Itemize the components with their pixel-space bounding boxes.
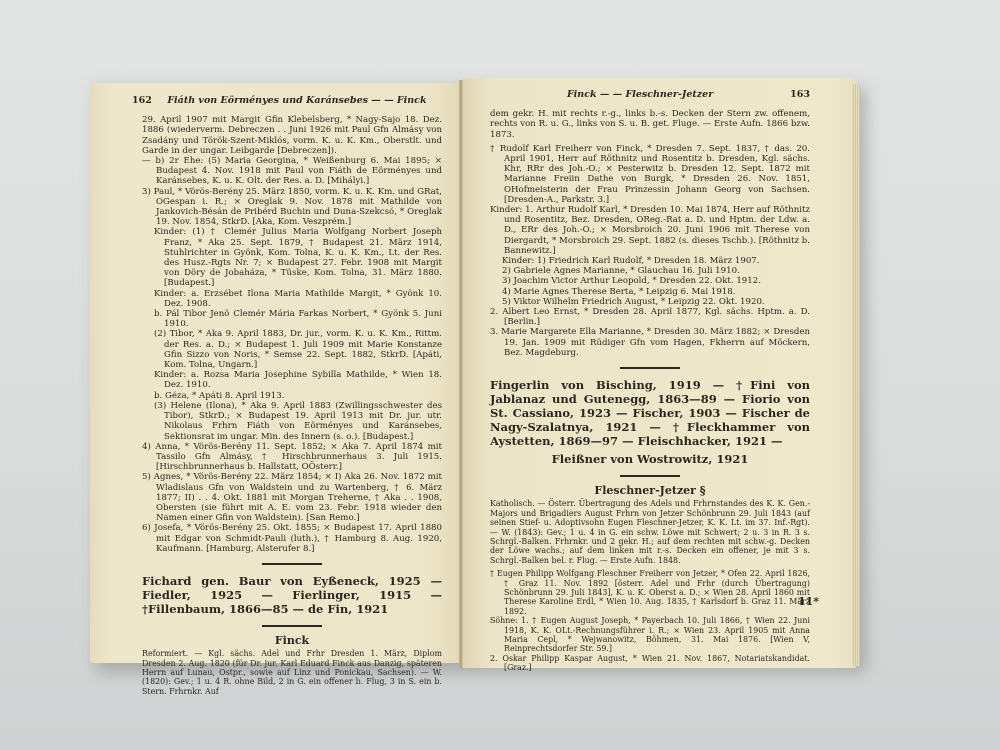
running-head: Finck — — Fleschner-Jetzer 163 xyxy=(490,90,810,100)
right-page-content: Finck — — Fleschner-Jetzer 163 dem gekr.… xyxy=(490,90,810,673)
paragraph: — b) 2r Ehe: (5) Maria Georgina, * Weiße… xyxy=(142,156,442,187)
cross-references: Fingerlin von Bisching, 1919 — †Fini von… xyxy=(490,378,810,448)
left-page-content: 162 Fiáth von Eörményes und Karánsebes —… xyxy=(142,96,442,696)
paragraph: 3) Paul, * Vörös-Berény 25. März 1850, v… xyxy=(142,187,442,228)
left-page: 162 Fiáth von Eörményes und Karánsebes —… xyxy=(90,83,462,663)
paragraph: Kinder: 1) Friedrich Karl Rudolf, * Dres… xyxy=(490,256,810,266)
divider xyxy=(620,475,680,477)
section-text: Katholisch. — Österr. Übertragung des Ad… xyxy=(490,499,810,565)
paragraph: b. Pál Tibor Jenö Clemér Mária Farkas No… xyxy=(142,309,442,329)
paragraph: 4) Anna, * Vörös-Berény 11. Sept. 1852; … xyxy=(142,442,442,473)
paragraph: Kinder: 1. Arthur Rudolf Karl, * Dresden… xyxy=(490,205,810,256)
paragraph: b. Géza, * Apáti 8. April 1913. xyxy=(142,391,442,401)
divider xyxy=(262,625,322,627)
section-title: Fleschner-Jetzer § xyxy=(490,486,810,496)
paragraph: 2) Gabriele Agnes Marianne, * Glauchau 1… xyxy=(490,266,810,276)
divider xyxy=(620,367,680,369)
divider xyxy=(262,563,322,565)
paragraph: Kinder: a. Erzsébet Ilona Maria Mathilde… xyxy=(142,289,442,309)
entry: † Eugen Philipp Wolfgang Fleschner Freih… xyxy=(490,569,810,616)
paragraph: (2) Tibor, * Aka 9. April 1883, Dr. jur.… xyxy=(142,329,442,370)
paragraph: Kinder: a. Rozsa Maria Josephine Sybilla… xyxy=(142,370,442,390)
cross-references: Fichard gen. Baur von Eyßeneck, 1925 — F… xyxy=(142,574,442,616)
page-number: 162 xyxy=(132,96,152,106)
section-text: Reformiert. — Kgl. sächs. Adel und Frhr … xyxy=(142,649,442,696)
entry: 2. Oskar Philipp Kaspar August, * Wien 2… xyxy=(490,654,810,673)
paragraph: 4) Marie Agnes Therese Berta, * Leipzig … xyxy=(490,287,810,297)
paragraph: Kinder: (1) † Clemér Julius Maria Wolfga… xyxy=(142,227,442,288)
running-head-title: Fiáth von Eörményes und Karánsebes — — F… xyxy=(152,96,442,106)
paragraph: 2. Albert Leo Ernst, * Dresden 28. April… xyxy=(490,307,810,327)
running-head-title: Finck — — Fleschner-Jetzer xyxy=(490,90,790,100)
paragraph: 3. Marie Margarete Ella Marianne, * Dres… xyxy=(490,327,810,358)
paragraph: (3) Helene (Ilona), * Aka 9. April 1883 … xyxy=(142,401,442,442)
paragraph: 3) Joachim Victor Arthur Leopold, * Dres… xyxy=(490,276,810,286)
paragraph: 5) Viktor Wilhelm Friedrich August, * Le… xyxy=(490,297,810,307)
right-page: Finck — — Fleschner-Jetzer 163 dem gekr.… xyxy=(462,78,857,668)
paragraph: † Rudolf Karl Freiherr von Finck, * Dres… xyxy=(490,144,810,205)
paragraph: 5) Agnes, * Vörös-Berény 22. März 1854; … xyxy=(142,472,442,523)
paragraph: 6) Josefa, * Vörös-Berény 25. Okt. 1855;… xyxy=(142,523,442,554)
running-head: 162 Fiáth von Eörményes und Karánsebes —… xyxy=(132,96,442,106)
page-edges xyxy=(852,84,860,666)
page-number: 163 xyxy=(790,90,810,100)
section-title: Finck xyxy=(142,636,442,646)
cross-references-last: Fleißner von Wostrowitz, 1921 xyxy=(490,452,810,466)
signature-mark: 11* xyxy=(798,595,819,608)
entry: Söhne: 1. † Eugen August Joseph, * Payer… xyxy=(490,616,810,654)
paragraph: dem gekr. H. mit rechts r.-g., links b.-… xyxy=(490,109,810,140)
paragraph: 29. April 1907 mit Margit Gfin Klebelsbe… xyxy=(142,115,442,156)
book-spine xyxy=(459,80,463,668)
